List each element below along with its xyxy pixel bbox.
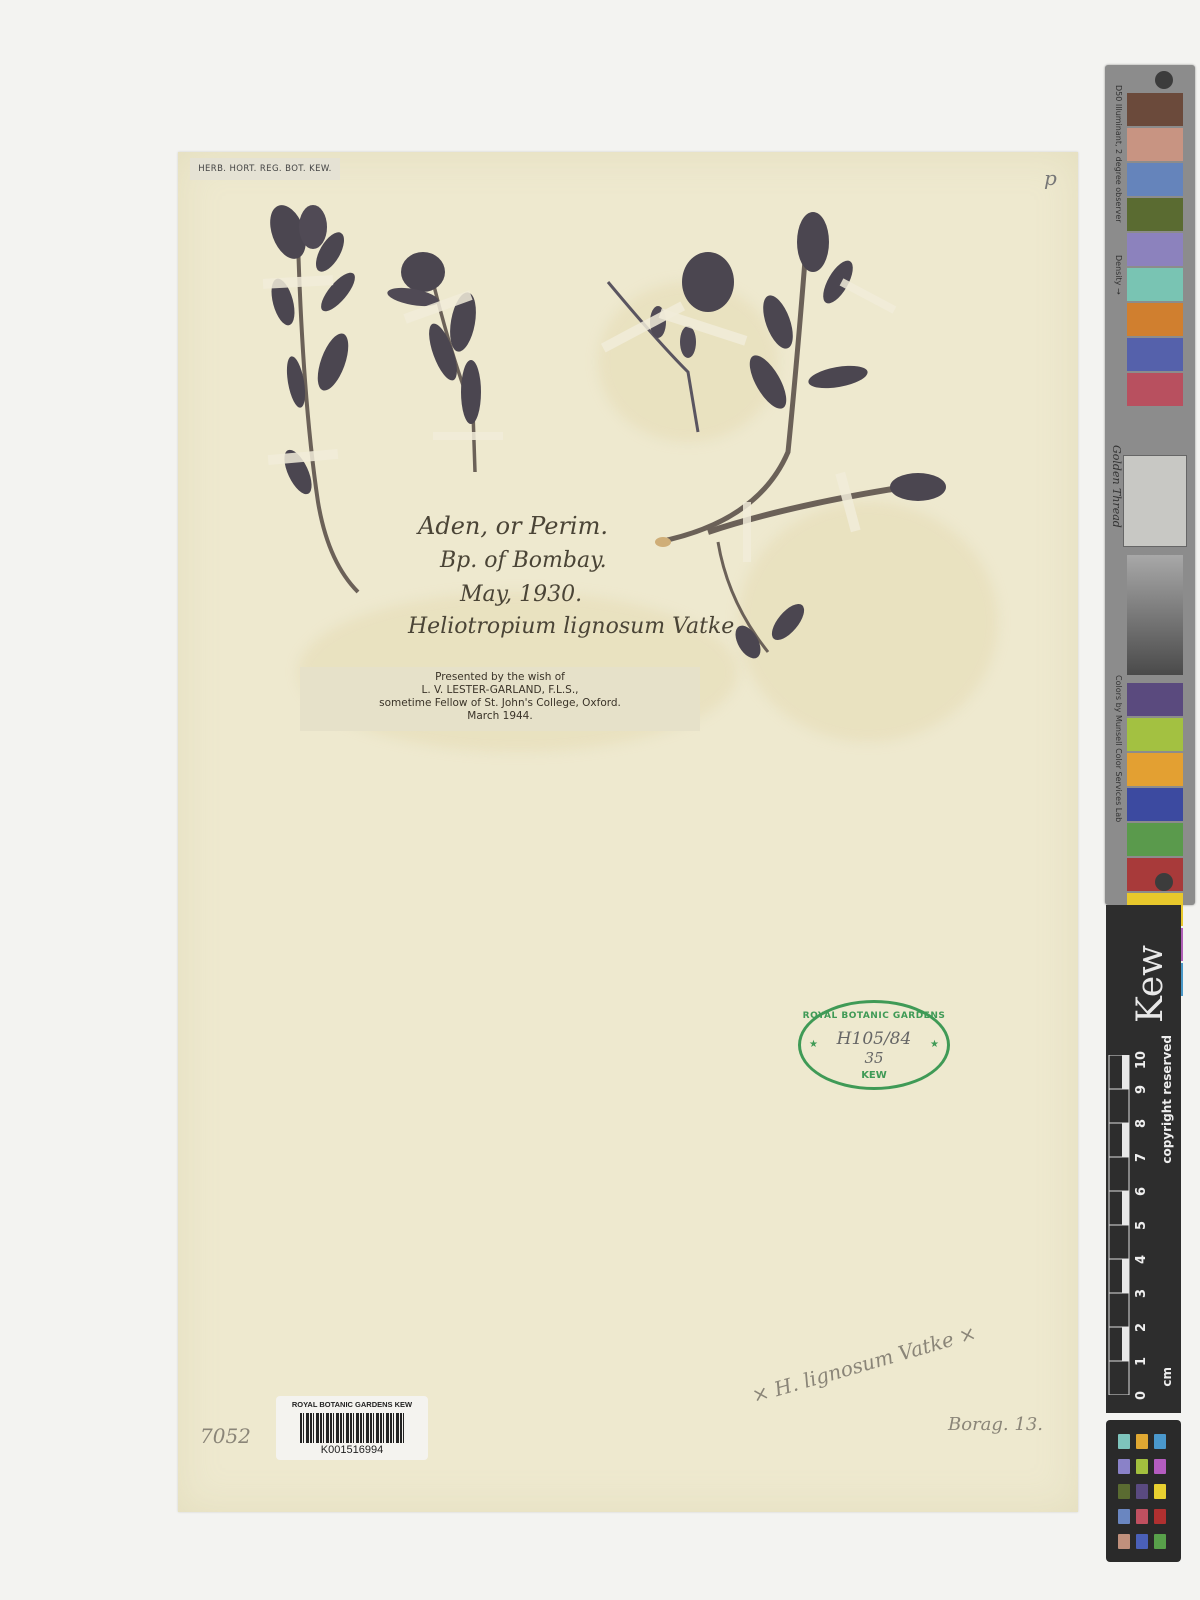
- ruler-tick-label: 1: [1134, 1357, 1149, 1366]
- gray-gradient-patch: [1127, 555, 1183, 675]
- grid-color-cell: [1154, 1509, 1166, 1524]
- grid-color-cell: [1136, 1434, 1148, 1449]
- color-swatch: [1127, 373, 1183, 406]
- grid-color-cell: [1118, 1534, 1130, 1549]
- grid-color-cell: [1154, 1484, 1166, 1499]
- color-swatch: [1127, 338, 1183, 371]
- ruler-tick-label: 10: [1134, 1051, 1149, 1069]
- ruler-tick-label: 2: [1134, 1323, 1149, 1332]
- kew-accession-stamp: ROYAL BOTANIC GARDENS ★ ★ H105/84 35 KEW: [798, 1000, 950, 1090]
- swatch-strip-top: [1127, 93, 1183, 408]
- color-swatch: [1127, 788, 1183, 821]
- grid-color-cell: [1118, 1509, 1130, 1524]
- color-swatch: [1127, 268, 1183, 301]
- handwritten-locality: Aden, or Perim.: [418, 512, 608, 540]
- plant-specimen-1: [258, 202, 378, 602]
- herbarium-sheet: HERB. HORT. REG. BOT. KEW. p: [178, 152, 1078, 1512]
- grid-color-cell: [1154, 1459, 1166, 1474]
- handwritten-collector: Bp. of Bombay.: [440, 548, 607, 573]
- barcode-icon: [300, 1413, 404, 1443]
- ruler-tick-label: 9: [1134, 1085, 1149, 1094]
- stamp-number: H105/84: [801, 1029, 947, 1049]
- target-illuminant-text: D50 Illuminant, 2 degree observer: [1109, 85, 1123, 223]
- ruler-tick-label: 8: [1134, 1119, 1149, 1128]
- color-swatch: [1127, 198, 1183, 231]
- color-swatch: [1127, 163, 1183, 196]
- ruler-ticks: 109876543210: [1134, 1053, 1154, 1403]
- pencil-number: 7052: [200, 1424, 251, 1448]
- ruler-tick-label: 3: [1134, 1289, 1149, 1298]
- grid-color-cell: [1118, 1434, 1130, 1449]
- presented-line-4: March 1944.: [300, 710, 700, 723]
- target-dot-icon: [1155, 71, 1173, 89]
- plant-specimen-3: [598, 202, 958, 672]
- color-swatch: [1127, 233, 1183, 266]
- grid-color-cell: [1118, 1484, 1130, 1499]
- ruler-tick-label: 7: [1134, 1153, 1149, 1162]
- ruler-tick-label: 6: [1134, 1187, 1149, 1196]
- grid-color-cell: [1136, 1484, 1148, 1499]
- color-swatch: [1127, 823, 1183, 856]
- target-dot-icon: [1155, 873, 1173, 891]
- handwritten-species-name: Heliotropium lignosum Vatke: [408, 614, 734, 639]
- grid-color-cell: [1154, 1434, 1166, 1449]
- presented-line-3: sometime Fellow of St. John's College, O…: [300, 697, 700, 710]
- color-swatch: [1127, 93, 1183, 126]
- presented-line-2: L. V. LESTER-GARLAND, F.L.S.,: [300, 684, 700, 697]
- stamp-top-text: ROYAL BOTANIC GARDENS: [801, 1011, 947, 1021]
- presented-line-1: Presented by the wish of: [300, 671, 700, 684]
- color-swatch: [1127, 718, 1183, 751]
- grid-color-cell: [1136, 1509, 1148, 1524]
- target-ruler-patch: [1123, 455, 1187, 547]
- target-density-text: Density →: [1109, 255, 1123, 295]
- color-calibration-target: D50 Illuminant, 2 degree observer Densit…: [1105, 65, 1195, 905]
- corner-mark: p: [1044, 166, 1057, 190]
- grid-color-cell: [1136, 1534, 1148, 1549]
- target-brand-text: Golden Thread: [1109, 445, 1123, 528]
- barcode-number: K001516994: [276, 1444, 428, 1456]
- herbarium-header-label: HERB. HORT. REG. BOT. KEW.: [190, 158, 340, 180]
- copyright-text: copyright reserved: [1160, 1035, 1174, 1164]
- color-swatch: [1127, 753, 1183, 786]
- handwritten-date: May, 1930.: [460, 582, 582, 607]
- kew-scale-bar: Kew copyright reserved 109876543210 cm: [1106, 905, 1181, 1413]
- kew-logo-text: Kew: [1130, 945, 1171, 1023]
- unit-label: cm: [1160, 1367, 1174, 1387]
- stamp-sub-number: 35: [801, 1049, 947, 1067]
- presented-by-label: Presented by the wish of L. V. LESTER-GA…: [300, 667, 700, 731]
- plant-specimen-2: [383, 242, 513, 482]
- ruler-tick-label: 5: [1134, 1221, 1149, 1230]
- barcode-title: ROYAL BOTANIC GARDENS KEW: [276, 1400, 428, 1409]
- stamp-bottom-text: KEW: [801, 1070, 947, 1081]
- grid-color-cell: [1154, 1534, 1166, 1549]
- target-munsell-text: Colors by Munsell Color Services Lab: [1109, 675, 1123, 822]
- color-swatch: [1127, 128, 1183, 161]
- barcode-label: ROYAL BOTANIC GARDENS KEW K001516994: [276, 1396, 428, 1460]
- ruler-tick-label: 4: [1134, 1255, 1149, 1264]
- ruler-tick-label: 0: [1134, 1391, 1149, 1400]
- grid-color-cell: [1118, 1459, 1130, 1474]
- color-swatch: [1127, 303, 1183, 336]
- grid-color-target: [1106, 1420, 1181, 1562]
- grid-color-cell: [1136, 1459, 1148, 1474]
- pencil-folder-note: Borag. 13.: [948, 1414, 1043, 1435]
- pencil-determination: × H. lignosum Vatke ×: [749, 1321, 979, 1408]
- color-swatch: [1127, 683, 1183, 716]
- ruler-icon: [1108, 1055, 1130, 1395]
